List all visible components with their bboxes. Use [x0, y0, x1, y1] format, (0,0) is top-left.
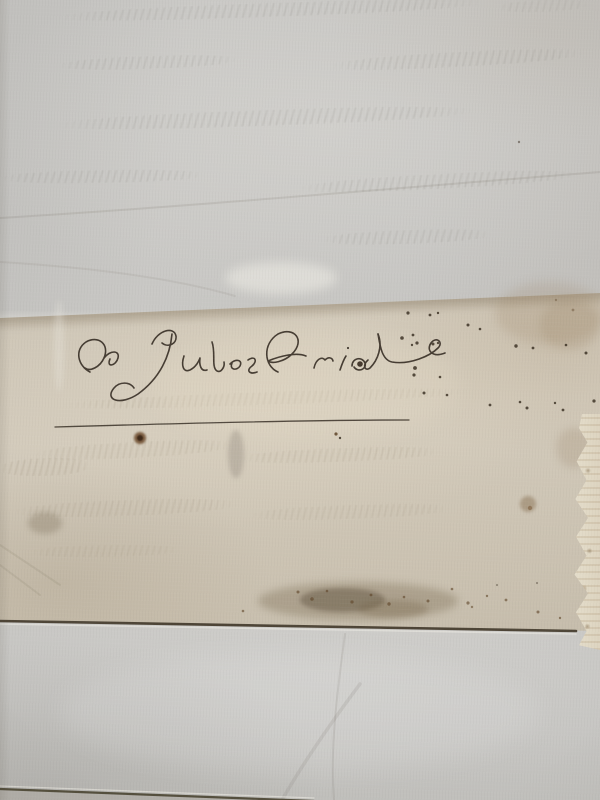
photo-vignette-and-grain	[0, 0, 600, 800]
photo-of-handwritten-letter: De Jules Priol	[0, 0, 600, 800]
